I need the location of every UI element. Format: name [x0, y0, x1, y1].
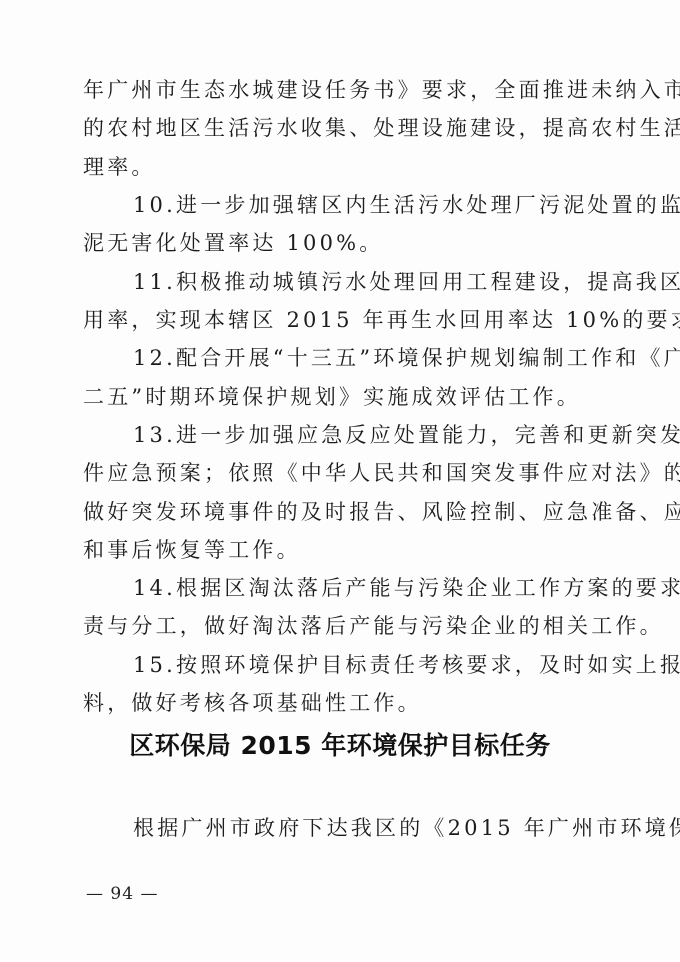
list-item-13-line: 和事后恢复等工作。 — [83, 537, 593, 563]
page-number: — 94 — — [86, 884, 158, 904]
list-item-15-line: 15.按照环境保护目标责任考核要求，及时如实上报有关材 — [133, 652, 643, 678]
paragraph-line: 年广州市生态水城建设任务书》要求，全面推进未纳入市政管网 — [83, 77, 593, 103]
list-item-12-line: 12.配合开展“十三五”环境保护规划编制工作和《广州“十 — [133, 345, 643, 371]
list-item-10-line: 泥无害化处置率达 100%。 — [83, 230, 593, 256]
paragraph-line: 理率。 — [83, 154, 593, 180]
list-item-11-line: 11.积极推动城镇污水处理回用工程建设，提高我区再生水回 — [133, 269, 643, 295]
paragraph-line: 的农村地区生活污水收集、处理设施建设，提高农村生活污水处 — [83, 115, 593, 141]
list-item-12-line: 二五”时期环境保护规划》实施成效评估工作。 — [83, 384, 593, 410]
list-item-14-line: 责与分工，做好淘汰落后产能与污染企业的相关工作。 — [83, 613, 593, 639]
list-item-13-line: 13.进一步加强应急反应处置能力，完善和更新突发环境事 — [133, 422, 643, 448]
paragraph-line: 根据广州市政府下达我区的《2015 年广州市环境保护目标任 — [133, 815, 643, 841]
list-item-10-line: 10.进一步加强辖区内生活污水处理厂污泥处置的监管，污 — [133, 192, 643, 218]
list-item-13-line: 件应急预案；依照《中华人民共和国突发事件应对法》的规定， — [83, 460, 593, 486]
list-item-13-line: 做好突发环境事件的及时报告、风险控制、应急准备、应急处置 — [83, 499, 593, 525]
list-item-14-line: 14.根据区淘汰落后产能与污染企业工作方案的要求，按职 — [133, 575, 643, 601]
document-page: 年广州市生态水城建设任务书》要求，全面推进未纳入市政管网 的农村地区生活污水收集… — [0, 0, 680, 962]
section-heading: 区环保局 2015 年环境保护目标任务 — [0, 731, 680, 761]
list-item-15-line: 料，做好考核各项基础性工作。 — [83, 690, 593, 716]
list-item-11-line: 用率，实现本辖区 2015 年再生水回用率达 10%的要求。 — [83, 307, 593, 333]
